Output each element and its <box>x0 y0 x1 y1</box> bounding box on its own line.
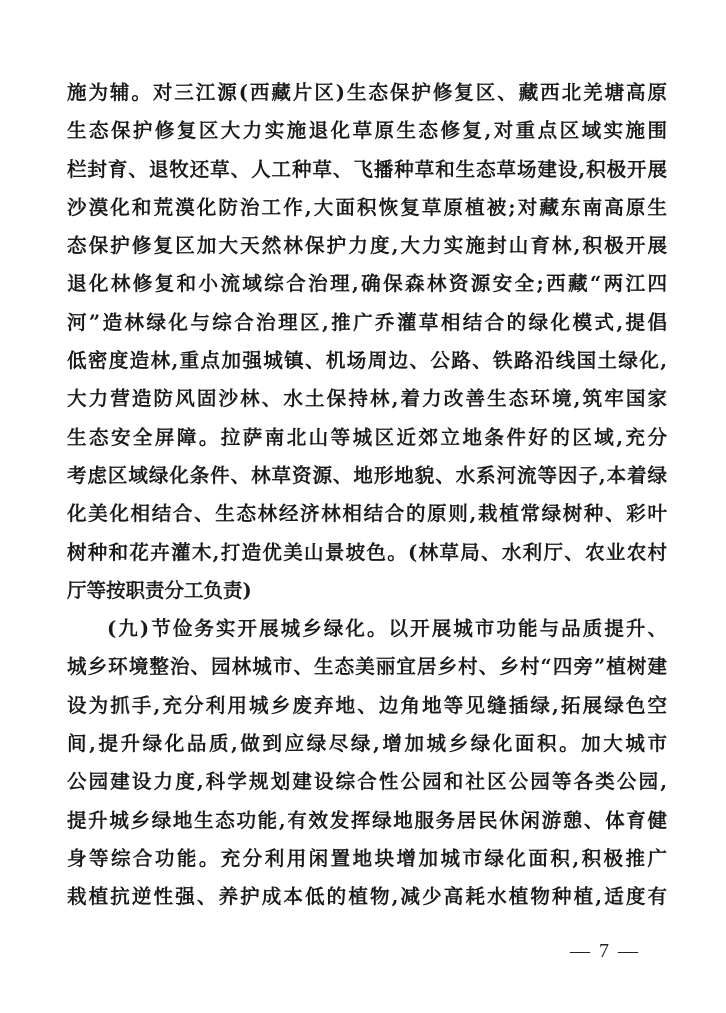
text-line-5: 态保护修复区加大天然林保护力度,大力实施封山育林,积极开展 <box>67 227 667 265</box>
page-number: — 7 — <box>560 940 650 963</box>
text-line-21: 身等综合功能。充分利用闲置地块增加城市绿化面积,积极推广 <box>67 840 667 878</box>
text-line-10: 生态安全屏障。拉萨南北山等城区近郊立地条件好的区域,充分 <box>67 419 667 457</box>
text-line-20: 提升城乡绿地生态功能,有效发挥绿地服务居民休闲游憩、体育健 <box>67 802 667 840</box>
text-line-16: 城乡环境整治、园林城市、生态美丽宜居乡村、乡村“四旁”植树建 <box>67 648 667 686</box>
text-line-6: 退化林修复和小流域综合治理,确保森林资源安全;西藏“两江四 <box>67 265 667 303</box>
document-page: 施为辅。对三江源(西藏片区)生态保护修复区、藏西北羌塘高原 生态保护修复区大力实… <box>0 0 726 1013</box>
text-line-12: 化美化相结合、生态林经济林相结合的原则,栽植常绿树种、彩叶 <box>67 495 667 533</box>
text-line-11: 考虑区域绿化条件、林草资源、地形地貌、水系河流等因子,本着绿 <box>67 457 667 495</box>
text-line-2: 生态保护修复区大力实施退化草原生态修复,对重点区域实施围 <box>67 112 667 150</box>
text-line-3: 栏封育、退牧还草、人工种草、飞播种草和生态草场建设,积极开展 <box>67 151 667 189</box>
text-line-7: 河”造林绿化与综合治理区,推广乔灌草相结合的绿化模式,提倡 <box>67 304 667 342</box>
text-line-9: 大力营造防风固沙林、水土保持林,着力改善生态环境,筑牢国家 <box>67 380 667 418</box>
text-line-18: 间,提升绿化品质,做到应绿尽绿,增加城乡绿化面积。加大城市 <box>67 725 667 763</box>
text-line-19: 公园建设力度,科学规划建设综合性公园和社区公园等各类公园, <box>67 763 667 801</box>
text-line-17: 设为抓手,充分利用城乡废弃地、边角地等见缝插绿,拓展绿色空 <box>67 687 667 725</box>
body-text: 施为辅。对三江源(西藏片区)生态保护修复区、藏西北羌塘高原 生态保护修复区大力实… <box>67 74 667 917</box>
text-line-22: 栽植抗逆性强、养护成本低的植物,减少高耗水植物种植,适度有 <box>67 878 667 916</box>
text-line-1: 施为辅。对三江源(西藏片区)生态保护修复区、藏西北羌塘高原 <box>67 74 667 112</box>
text-line-13: 树种和花卉灌木,打造优美山景坡色。(林草局、水利厅、农业农村 <box>67 534 667 572</box>
text-line-4: 沙漠化和荒漠化防治工作,大面积恢复草原植被;对藏东南高原生 <box>67 189 667 227</box>
text-line-14: 厅等按职责分工负责) <box>67 572 667 610</box>
text-line-8: 低密度造林,重点加强城镇、机场周边、公路、铁路沿线国土绿化, <box>67 342 667 380</box>
section-heading-line: (九)节俭务实开展城乡绿化。以开展城市功能与品质提升、 <box>67 610 667 648</box>
